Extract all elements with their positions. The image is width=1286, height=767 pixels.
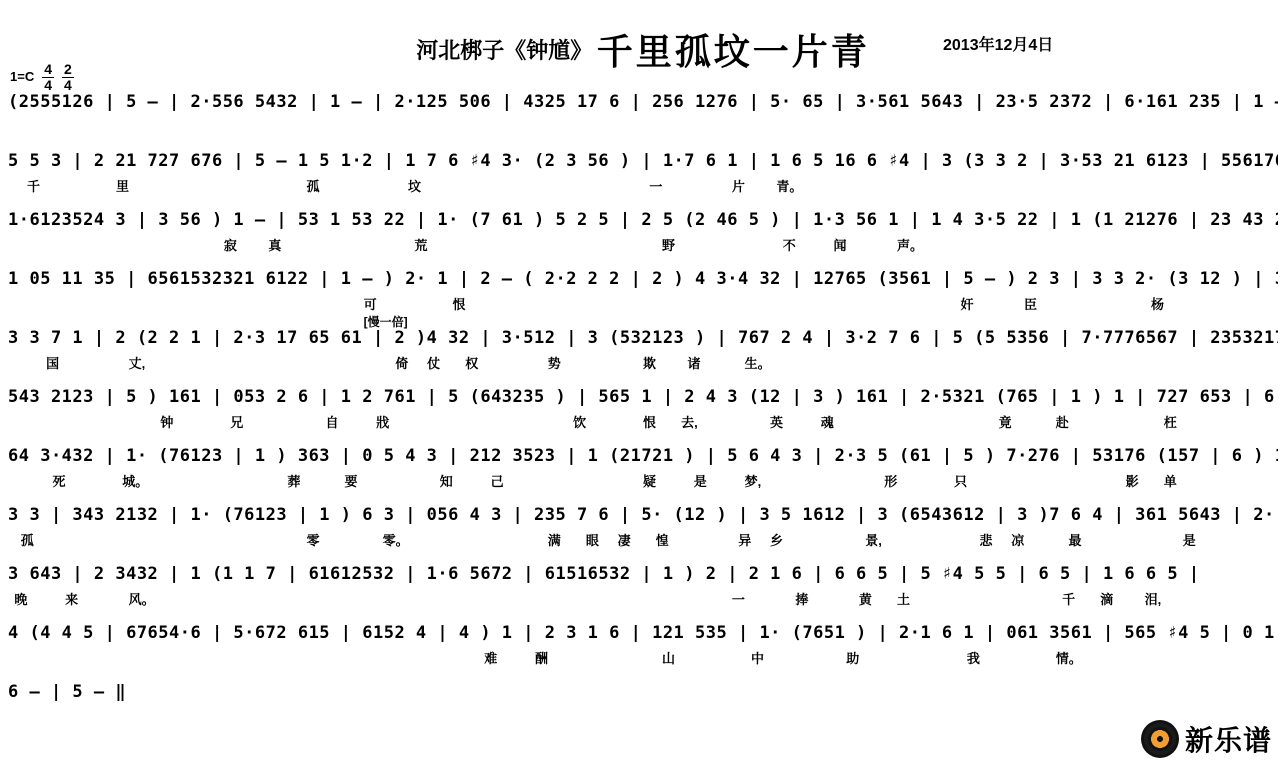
lyric-syllable: 千	[1062, 589, 1075, 608]
lyric-syllable: 丈,	[129, 353, 146, 372]
score-line-5: [慢一倍]3 3 7 1 | 2 (2 2 1 | 2·3 17 65 61 |…	[8, 328, 1278, 387]
score-line-9: 3 643 | 2 3432 | 1 (1 1 7 | 61612532 | 1…	[8, 564, 1278, 623]
lyric-syllable: 权	[465, 353, 478, 372]
lyric-syllable: 情。	[1056, 648, 1082, 667]
lyric-syllable: 悲	[980, 530, 993, 549]
lyric-syllable: 眼	[586, 530, 599, 549]
lyric-syllable: 疑	[643, 471, 656, 490]
score-line-6: 543 2123 | 5 ) 161 | 053 2 6 | 1 2 761 |…	[8, 387, 1278, 446]
lyric-syllable: 钟	[160, 412, 173, 431]
sheet-music-page: 河北梆子《钟馗》 千里孤坟一片青 2013年12月4日 1=C 4 4 2 4 …	[0, 0, 1286, 767]
lyric-syllable: 千	[27, 176, 40, 195]
notation-text: 1 05 11 35 | 6561532321 6122 | 1 – ) 2· …	[8, 269, 1278, 289]
notation-text: 4 (4 4 5 | 67654·6 | 5·672 615 | 6152 4 …	[8, 623, 1278, 643]
lyric-syllable: 助	[846, 648, 859, 667]
score-line-8: 3 3 | 343 2132 | 1· (76123 | 1 ) 6 3 | 0…	[8, 505, 1278, 564]
lyric-syllable: 不	[783, 235, 796, 254]
key-label: 1=C	[10, 69, 34, 84]
lyric-syllable: 黄	[859, 589, 872, 608]
notation-text: 1·6123524 3 | 3 56 ) 1 – | 53 1 53 22 | …	[8, 210, 1278, 230]
meter-numerator: 4	[42, 62, 54, 78]
lyric-syllable: 一	[649, 176, 662, 195]
brand-logo: 新乐谱	[1141, 719, 1272, 759]
lyric-syllable: 满	[548, 530, 561, 549]
lyric-syllable: 臣	[1024, 294, 1037, 313]
score-lines: (2555126 | 5 – | 2·556 5432 | 1 – | 2·12…	[8, 92, 1278, 741]
lyric-syllable: 最	[1068, 530, 1081, 549]
lyric-syllable: 杨	[1151, 294, 1164, 313]
lyric-syllable: 己	[491, 471, 504, 490]
lyric-syllable: 我	[967, 648, 980, 667]
tempo-annotation: [慢一倍]	[364, 313, 408, 330]
lyric-syllable: 仗	[427, 353, 440, 372]
lyric-syllable: 是	[1183, 530, 1196, 549]
notation-text: (2555126 | 5 – | 2·556 5432 | 1 – | 2·12…	[8, 92, 1278, 112]
page-title: 千里孤坟一片青	[597, 31, 870, 72]
lyric-syllable: 是	[694, 471, 707, 490]
lyric-syllable: 孤	[306, 176, 319, 195]
lyric-syllable: 枉	[1164, 412, 1177, 431]
lyric-syllable: 孤	[21, 530, 34, 549]
lyric-syllable: 酬	[535, 648, 548, 667]
lyric-syllable: 晚	[14, 589, 27, 608]
lyric-syllable: 风。	[129, 589, 155, 608]
lyric-syllable: 只	[954, 471, 967, 490]
meter-denominator: 4	[42, 78, 54, 93]
lyric-syllable: 土	[897, 589, 910, 608]
lyric-syllable: 野	[662, 235, 675, 254]
lyric-syllable: 来	[65, 589, 78, 608]
lyric-syllable: 葬	[287, 471, 300, 490]
score-line-11: 6 – | 5 – ‖	[8, 682, 1278, 741]
lyric-syllable: 英	[770, 412, 783, 431]
time-signature-2: 2 4	[62, 62, 74, 92]
lyric-syllable: 零。	[383, 530, 409, 549]
lyric-syllable: 死	[52, 471, 65, 490]
lyric-syllable: 影	[1126, 471, 1139, 490]
lyric-syllable: 欺	[643, 353, 656, 372]
score-line-7: 64 3·432 | 1· (76123 | 1 ) 363 | 0 5 4 3…	[8, 446, 1278, 505]
lyric-syllable: 自	[326, 412, 339, 431]
notation-text: 543 2123 | 5 ) 161 | 053 2 6 | 1 2 761 |…	[8, 387, 1278, 407]
lyric-syllable: 恨	[453, 294, 466, 313]
lyric-syllable: 饮	[573, 412, 586, 431]
lyric-syllable: 声。	[897, 235, 923, 254]
lyric-syllable: 惶	[656, 530, 669, 549]
lyric-syllable: 闻	[834, 235, 847, 254]
lyric-syllable: 一	[732, 589, 745, 608]
lyric-syllable: 片	[732, 176, 745, 195]
lyric-syllable: 难	[484, 648, 497, 667]
lyric-syllable: 兄	[230, 412, 243, 431]
lyric-syllable: 势	[548, 353, 561, 372]
lyric-syllable: 竟	[999, 412, 1012, 431]
lyric-syllable: 凉	[1011, 530, 1024, 549]
meter-denominator: 4	[62, 78, 74, 93]
meter-numerator: 2	[62, 62, 74, 78]
work-label: 河北梆子《钟馗》	[416, 38, 592, 63]
lyric-syllable: 形	[884, 471, 897, 490]
notation-text: 5 5 3 | 2 21 727 676 | 5 – 1 5 1·2 | 1 7…	[8, 151, 1278, 171]
lyric-syllable: 生。	[745, 353, 771, 372]
lyric-syllable: 凄	[618, 530, 631, 549]
lyric-syllable: 单	[1164, 471, 1177, 490]
vinyl-record-icon	[1141, 720, 1179, 758]
lyric-syllable: 青。	[776, 176, 802, 195]
lyric-syllable: 坟	[408, 176, 421, 195]
lyric-syllable: 中	[751, 648, 764, 667]
score-line-4: 1 05 11 35 | 6561532321 6122 | 1 – ) 2· …	[8, 269, 1278, 328]
lyric-syllable: 魂	[821, 412, 834, 431]
lyric-syllable: 异	[738, 530, 751, 549]
lyric-syllable: 寂	[224, 235, 237, 254]
notation-text: 64 3·432 | 1· (76123 | 1 ) 363 | 0 5 4 3…	[8, 446, 1278, 466]
lyric-syllable: 景,	[865, 530, 882, 549]
title-bar: 河北梆子《钟馗》 千里孤坟一片青	[0, 24, 1286, 75]
score-line-1: (2555126 | 5 – | 2·556 5432 | 1 – | 2·12…	[8, 92, 1278, 151]
lyric-syllable: 泪,	[1145, 589, 1162, 608]
score-line-2: 5 5 3 | 2 21 727 676 | 5 – 1 5 1·2 | 1 7…	[8, 151, 1278, 210]
lyric-syllable: 荒	[414, 235, 427, 254]
key-signature: 1=C 4 4 2 4	[10, 62, 74, 92]
lyric-syllable: 可	[364, 294, 377, 313]
notation-text: 3 3 | 343 2132 | 1· (76123 | 1 ) 6 3 | 0…	[8, 505, 1278, 525]
lyric-syllable: 奸	[961, 294, 974, 313]
lyric-syllable: 国	[46, 353, 59, 372]
notation-text: 3 3 7 1 | 2 (2 2 1 | 2·3 17 65 61 | 2 )4…	[8, 328, 1278, 348]
lyric-syllable: 里	[116, 176, 129, 195]
lyric-syllable: 去,	[681, 412, 698, 431]
lyric-syllable: 诸	[687, 353, 700, 372]
date-label: 2013年12月4日	[943, 32, 1053, 55]
lyric-syllable: 知	[440, 471, 453, 490]
lyric-syllable: 捧	[795, 589, 808, 608]
lyric-syllable: 戕	[376, 412, 389, 431]
lyric-syllable: 乡	[770, 530, 783, 549]
lyric-syllable: 恨	[643, 412, 656, 431]
score-line-3: 1·6123524 3 | 3 56 ) 1 – | 53 1 53 22 | …	[8, 210, 1278, 269]
notation-text: 6 – | 5 – ‖	[8, 682, 1278, 702]
brand-name: 新乐谱	[1185, 719, 1272, 759]
lyric-syllable: 要	[345, 471, 358, 490]
lyric-syllable: 赴	[1056, 412, 1069, 431]
lyric-syllable: 真	[268, 235, 281, 254]
lyric-syllable: 山	[662, 648, 675, 667]
notation-text: 3 643 | 2 3432 | 1 (1 1 7 | 61612532 | 1…	[8, 564, 1278, 584]
lyric-syllable: 倚	[395, 353, 408, 372]
lyric-syllable: 零	[306, 530, 319, 549]
lyric-syllable: 梦,	[745, 471, 762, 490]
lyric-syllable: 滴	[1100, 589, 1113, 608]
time-signature-1: 4 4	[42, 62, 54, 92]
score-line-10: 4 (4 4 5 | 67654·6 | 5·672 615 | 6152 4 …	[8, 623, 1278, 682]
lyric-syllable: 城。	[122, 471, 148, 490]
